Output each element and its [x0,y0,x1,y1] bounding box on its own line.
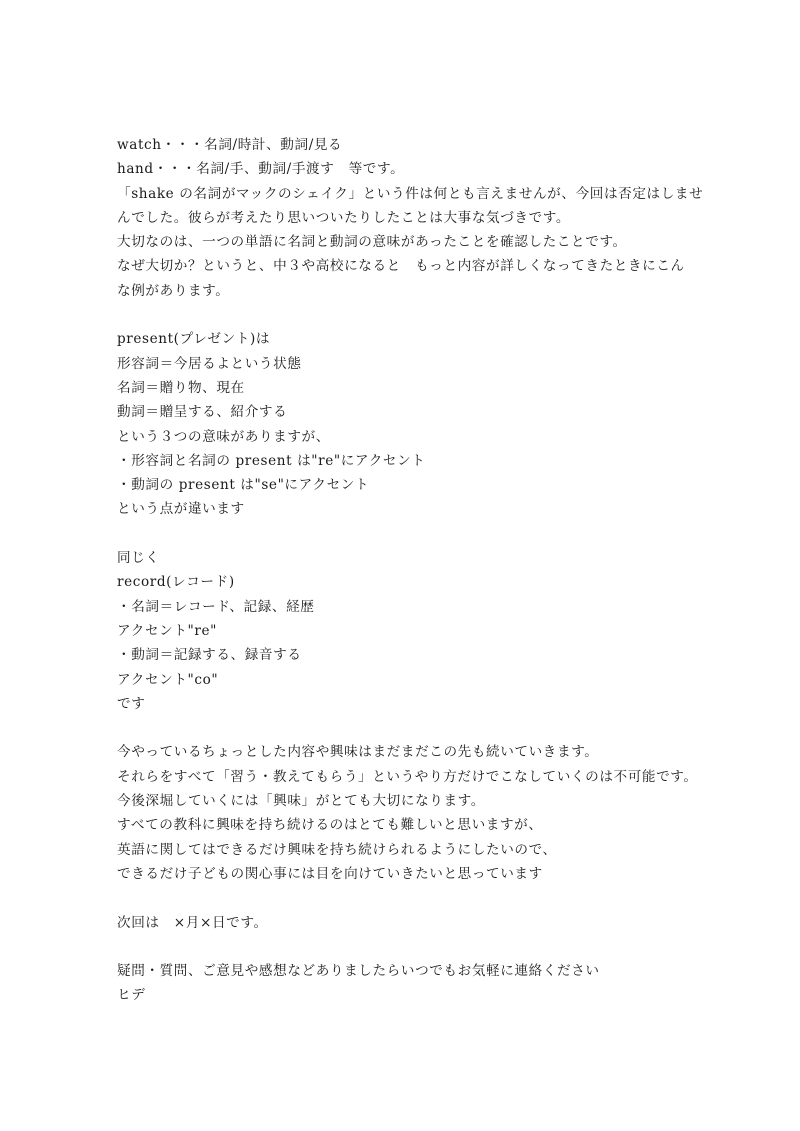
text-line: hand・・・名詞/手、動詞/手渡す 等です。 [117,157,692,181]
text-line: 大切なのは、一つの単語に名詞と動詞の意味があったことを確認したことです。 [117,230,692,254]
section-record: 同じく record(レコード) ・名詞＝レコード、記録、経歴 アクセント"re… [117,546,692,716]
text-line: 今やっているちょっとした内容や興味はまだまだこの先も続いていきます。 [117,740,692,764]
text-line: 同じく [117,546,692,570]
text-line: 形容詞＝今居るよという状態 [117,352,692,376]
text-line: ・名詞＝レコード、記録、経歴 [117,595,692,619]
text-line: んでした。彼らが考えたり思いついたりしたことは大事な気づきです。 [117,206,692,230]
text-line: それらをすべて「習う・教えてもらう」というやり方だけでこなしていくのは不可能です… [117,765,692,789]
text-line: という３つの意味がありますが、 [117,425,692,449]
text-line: ・形容詞と名詞の present は"re"にアクセント [117,449,692,473]
text-line: アクセント"co" [117,668,692,692]
text-line: 今後深堀していくには「興味」がとても大切になります。 [117,789,692,813]
text-line: すべての教科に興味を持ち続けるのはとても難しいと思いますが、 [117,813,692,837]
section-closing: 疑問・質問、ご意見や感想などありましたらいつでもお気軽に連絡ください ヒデ [117,959,692,1008]
text-line: できるだけ子どもの関心事には目を向けていきたいと思っています [117,862,692,886]
signature: ヒデ [117,983,692,1007]
text-line: ・動詞＝記録する、録音する [117,643,692,667]
text-line: 名詞＝贈り物、現在 [117,376,692,400]
text-line: なぜ大切か？というと、中３や高校になると もっと内容が詳しくなってきたときにこん [117,254,692,278]
paragraph-spacer [117,886,692,910]
section-next-session: 次回は ×月×日です。 [117,911,692,935]
text-line: です [117,692,692,716]
text-line: ・動詞の present は"se"にアクセント [117,473,692,497]
text-line: アクセント"re" [117,619,692,643]
text-line: watch・・・名詞/時計、動詞/見る [117,133,692,157]
text-line: 動詞＝贈呈する、紹介する [117,400,692,424]
document-page: watch・・・名詞/時計、動詞/見る hand・・・名詞/手、動詞/手渡す 等… [117,133,692,1008]
section-word-examples: watch・・・名詞/時計、動詞/見る hand・・・名詞/手、動詞/手渡す 等… [117,133,692,303]
text-line: 疑問・質問、ご意見や感想などありましたらいつでもお気軽に連絡ください [117,959,692,983]
paragraph-spacer [117,522,692,546]
section-present: present(プレゼント)は 形容詞＝今居るよという状態 名詞＝贈り物、現在 … [117,327,692,521]
paragraph-spacer [117,303,692,327]
text-line: 次回は ×月×日です。 [117,911,692,935]
text-line: 「shake の名詞がマックのシェイク」という件は何とも言えませんが、今回は否定… [117,182,692,206]
paragraph-spacer [117,716,692,740]
text-line: present(プレゼント)は [117,327,692,351]
text-line: な例があります。 [117,279,692,303]
text-line: record(レコード) [117,570,692,594]
paragraph-spacer [117,935,692,959]
text-line: という点が違います [117,497,692,521]
text-line: 英語に関してはできるだけ興味を持ち続けられるようにしたいので、 [117,838,692,862]
section-interest: 今やっているちょっとした内容や興味はまだまだこの先も続いていきます。 それらをす… [117,740,692,886]
